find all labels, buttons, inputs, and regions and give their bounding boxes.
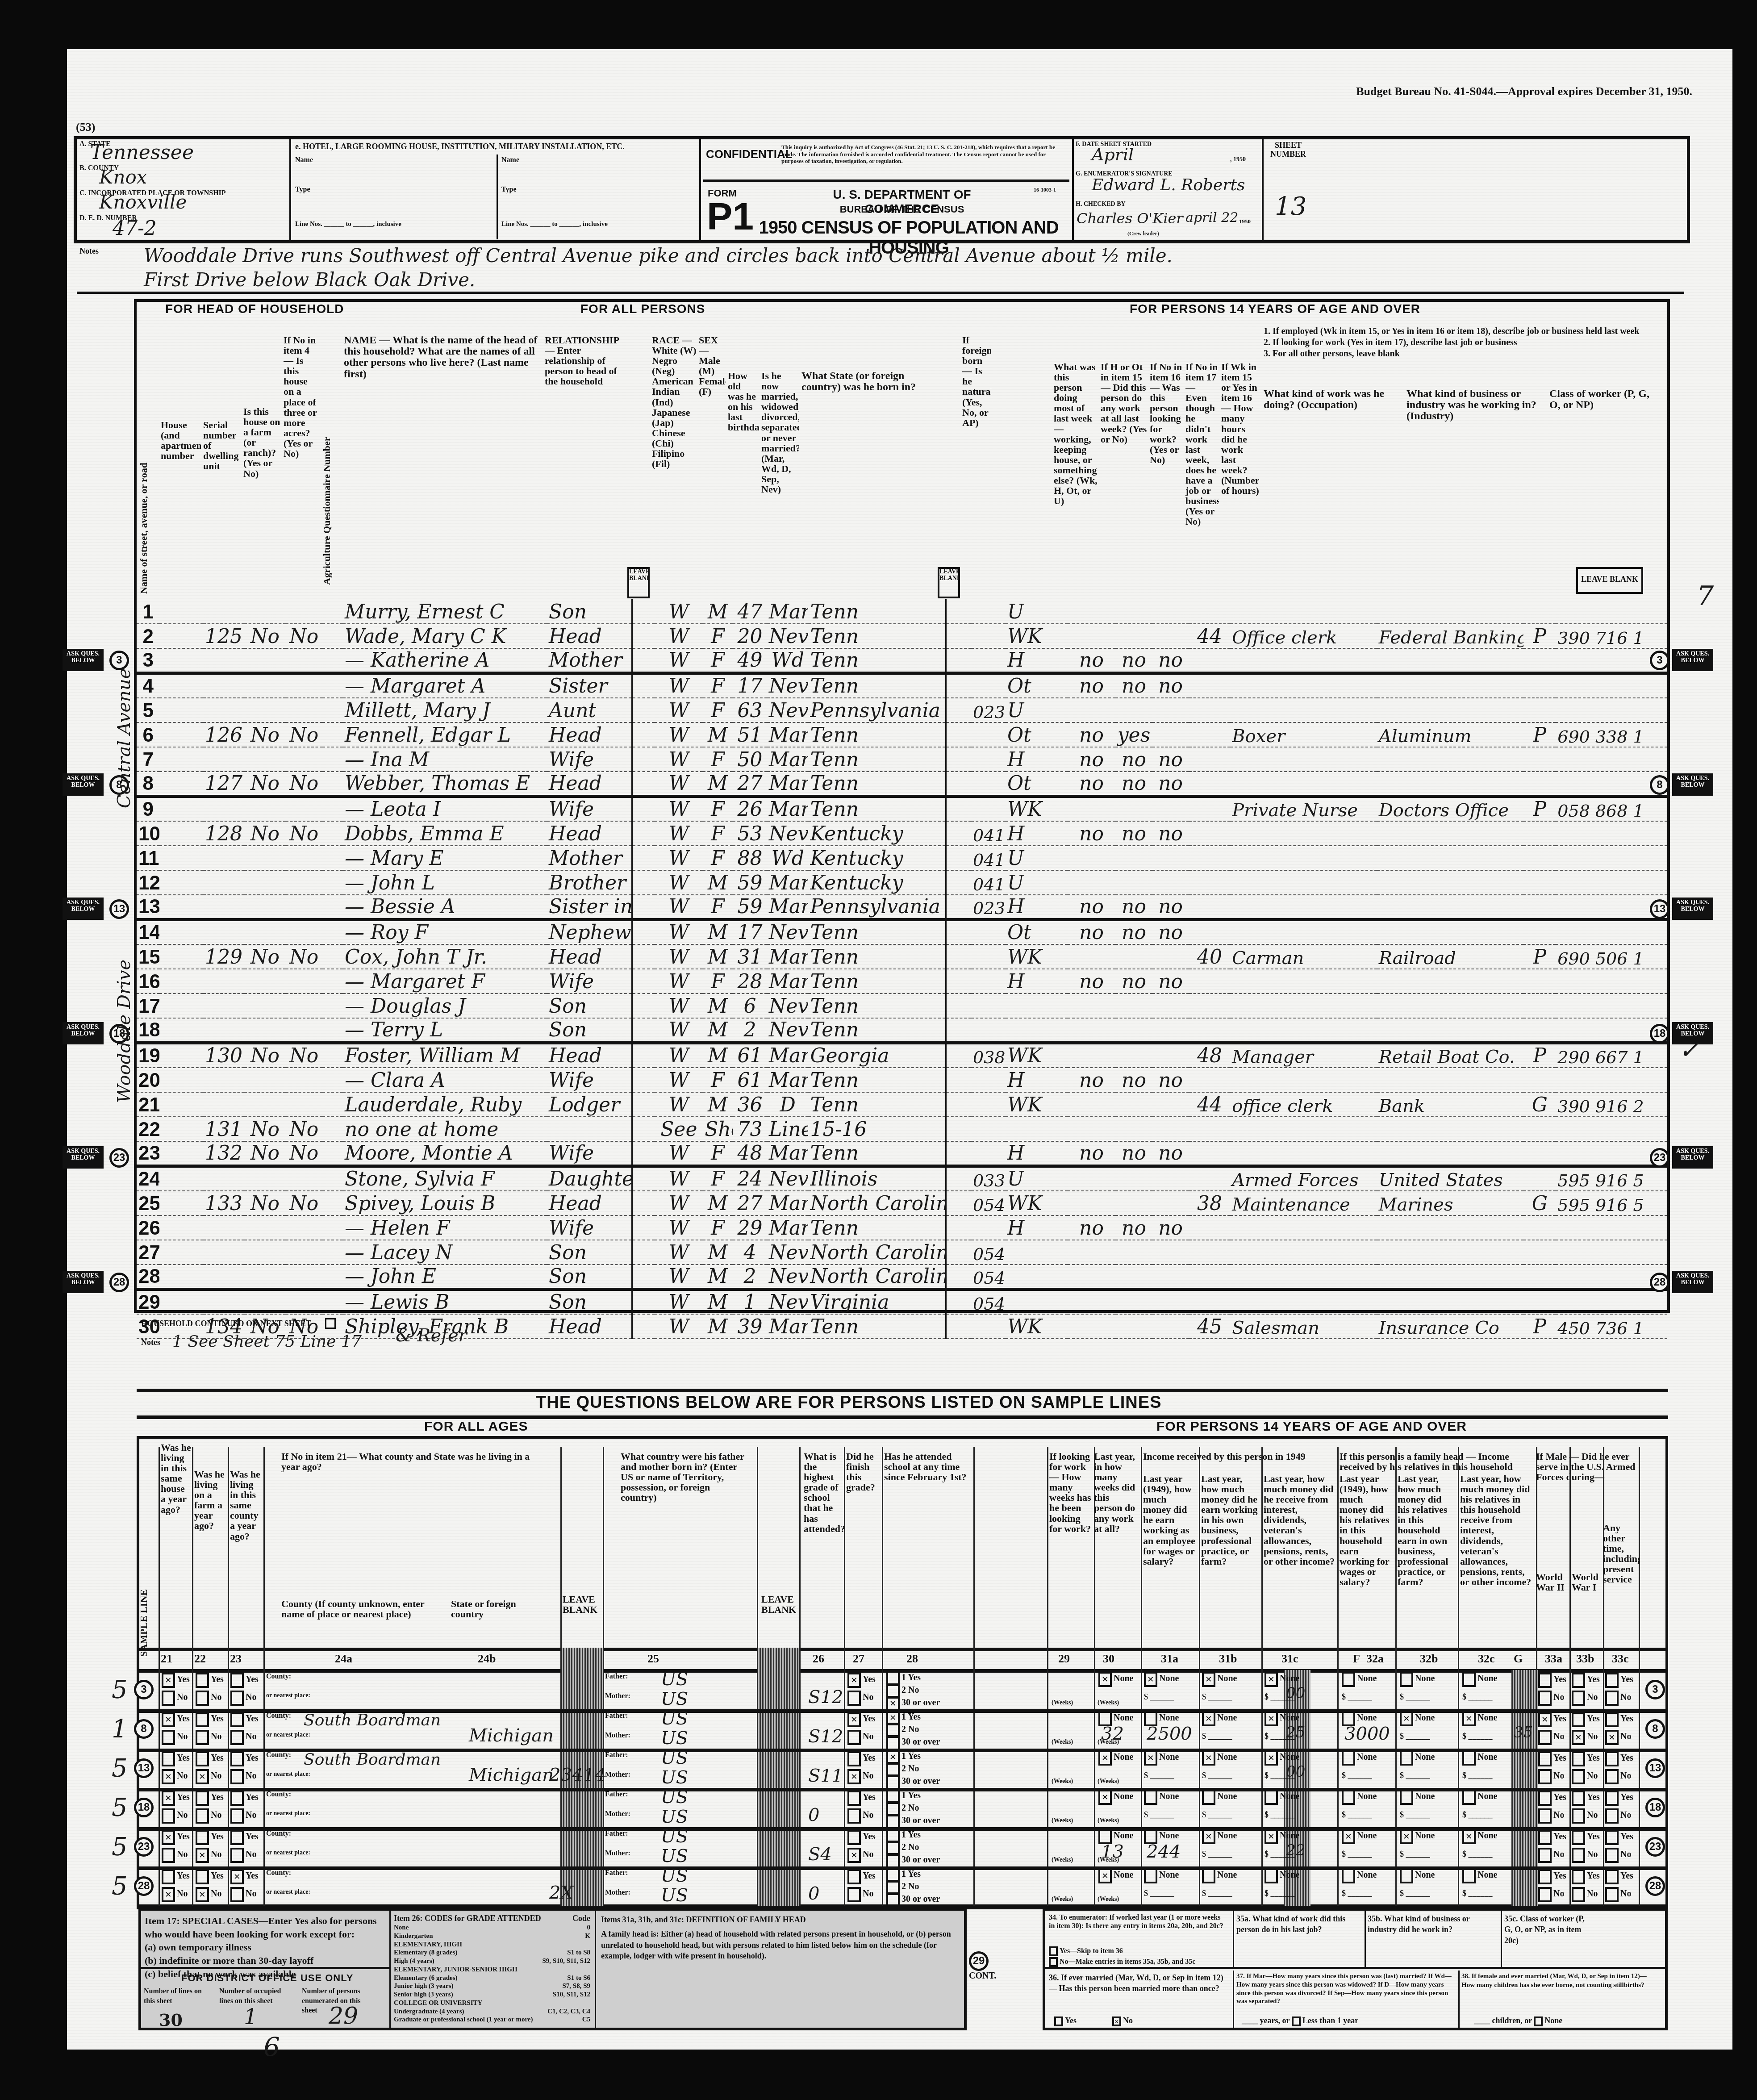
cell-farm: No — [244, 944, 285, 969]
q31b-none-checkbox[interactable]: ×None — [1202, 1711, 1237, 1726]
q34-yes[interactable]: Yes—Skip to item 36 — [1049, 1946, 1123, 1956]
q33b-yes-checkbox[interactable]: Yes — [1572, 1673, 1600, 1688]
q27-yes-checkbox[interactable]: ×Yes — [847, 1712, 876, 1727]
q36-no[interactable]: ×No — [1112, 2015, 1133, 2026]
cell-acres: No — [286, 722, 322, 747]
cell-code — [1556, 1068, 1667, 1092]
q21-yes-checkbox[interactable]: ×Yes — [162, 1712, 190, 1727]
q32b-none-checkbox[interactable]: None — [1400, 1790, 1435, 1805]
cell-class — [1523, 1166, 1556, 1191]
col-header-20a: What kind of work was he doing? (Occupat… — [1264, 388, 1398, 585]
q31b-none-checkbox[interactable]: None — [1202, 1868, 1237, 1883]
q23-no-checkbox[interactable]: No — [230, 1769, 256, 1784]
q32b-none-checkbox[interactable]: ×None — [1400, 1711, 1435, 1726]
q33c-no-checkbox[interactable]: No — [1605, 1691, 1631, 1706]
cell-work — [1068, 1191, 1116, 1215]
q28-over30-checkbox[interactable]: 30 or over — [886, 1814, 940, 1829]
sample-col-number: 22 — [194, 1652, 206, 1666]
q31b-none-checkbox[interactable]: None — [1202, 1790, 1237, 1805]
q22-no-checkbox[interactable]: No — [196, 1808, 221, 1824]
cell-name: Fennell, Edgar L — [343, 722, 547, 747]
q33c-no-checkbox[interactable]: ×No — [1605, 1730, 1631, 1745]
q33c-yes-checkbox[interactable]: Yes — [1605, 1791, 1633, 1806]
q23-yes-checkbox[interactable]: ×Yes — [230, 1869, 259, 1884]
q21-yes-checkbox[interactable]: Yes — [162, 1869, 190, 1884]
q32b-none-checkbox[interactable]: ×None — [1400, 1829, 1435, 1844]
q22-yes-checkbox[interactable]: Yes — [196, 1712, 224, 1727]
cell-occupation: Maintenance — [1230, 1191, 1377, 1215]
q22-yes-checkbox[interactable]: Yes — [196, 1869, 224, 1884]
q23-no-checkbox[interactable]: No — [230, 1848, 256, 1863]
q21-yes-checkbox[interactable]: Yes — [162, 1751, 190, 1766]
q32a-dollar: $ ______ — [1342, 1771, 1372, 1780]
q21-no-checkbox[interactable]: No — [162, 1691, 188, 1706]
q22-no-checkbox[interactable]: ×No — [196, 1887, 221, 1902]
cell-marital: Mar — [767, 599, 808, 624]
cell-acres: No — [286, 624, 322, 648]
q21-yes-checkbox[interactable]: ×Yes — [162, 1673, 190, 1688]
cell-birthplace: 15-16 — [808, 1117, 946, 1141]
q27-yes-checkbox[interactable]: Yes — [847, 1869, 876, 1884]
grade-code-row: None0 — [394, 1924, 590, 1932]
cell-industry — [1377, 920, 1524, 945]
cell-class: P — [1523, 1043, 1556, 1068]
cell-race: W — [655, 772, 703, 797]
q33b-yes-checkbox[interactable]: Yes — [1572, 1751, 1600, 1766]
cell-code — [1556, 994, 1667, 1018]
margin-mark-7: 7 — [1697, 580, 1714, 612]
cell-activity: U — [1006, 1166, 1068, 1191]
q33c-yes-checkbox[interactable]: Yes — [1605, 1869, 1633, 1884]
cell-job — [1152, 1117, 1189, 1141]
q23-yes-checkbox[interactable]: Yes — [230, 1712, 259, 1727]
table-row: 24Stone, Sylvia FDaughterWF24NevIllinois… — [137, 1166, 1667, 1191]
cell-birthplace: Tenn — [808, 599, 946, 624]
q23-yes-checkbox[interactable]: Yes — [230, 1751, 259, 1766]
q33b-yes-checkbox[interactable]: Yes — [1572, 1869, 1600, 1884]
leave-blank-cell — [632, 1240, 655, 1265]
q22-no-checkbox[interactable]: ×No — [196, 1848, 221, 1863]
q33a-no-checkbox[interactable]: No — [1538, 1808, 1564, 1824]
leave-blank-cell — [946, 1043, 971, 1068]
col-header-6: Agriculture Questionnaire Number — [321, 362, 339, 585]
cell-occupation — [1230, 747, 1377, 772]
q21-no-checkbox[interactable]: ×No — [162, 1769, 188, 1784]
cell-name: — Douglas J — [343, 994, 547, 1018]
leave-blank-cell — [322, 624, 343, 648]
cell-industry — [1377, 772, 1524, 797]
line-number: 27 — [137, 1240, 159, 1265]
q22-no-checkbox[interactable]: No — [196, 1691, 221, 1706]
cell-house — [159, 1290, 203, 1315]
cell-rel: Wife — [547, 969, 632, 994]
q23-yes-checkbox[interactable]: Yes — [230, 1791, 259, 1806]
q31b-none-checkbox[interactable]: ×None — [1202, 1829, 1237, 1844]
q23-no-checkbox[interactable]: No — [230, 1691, 256, 1706]
cell-rel: Wife — [547, 1141, 632, 1166]
cell-farm — [244, 1290, 285, 1315]
cell-birthplace: Kentucky — [808, 870, 946, 895]
q22-yes-checkbox[interactable]: Yes — [196, 1791, 224, 1806]
cell-work — [1068, 1265, 1116, 1290]
cell-hours — [1189, 1240, 1230, 1265]
cell-nat: 041 — [971, 846, 1006, 870]
q28-over30-checkbox[interactable]: 30 or over — [886, 1853, 940, 1868]
q32a-none-checkbox[interactable]: None — [1342, 1672, 1377, 1687]
cell-age: 59 — [733, 895, 767, 920]
institution-type-label: Type — [295, 186, 310, 194]
table-row: 16— Margaret FWifeWF28MarTennHnonono — [137, 969, 1667, 994]
sample-line-circle: 28 — [1645, 1876, 1665, 1896]
grade-code-row: Graduate or professional school (1 year … — [394, 2016, 590, 2024]
cell-industry — [1377, 895, 1524, 920]
q27-no-checkbox[interactable]: No — [847, 1691, 873, 1706]
q33a-yes-checkbox[interactable]: Yes — [1538, 1830, 1566, 1845]
q21-yes-checkbox[interactable]: ×Yes — [162, 1791, 190, 1806]
cell-hours: 44 — [1189, 1092, 1230, 1117]
cell-marital: Mar — [767, 1141, 808, 1166]
leave-blank-cell — [322, 698, 343, 722]
cell-age: 53 — [733, 821, 767, 846]
cell-rel — [547, 1117, 632, 1141]
leave-blank-cell — [322, 1290, 343, 1315]
q27-no-checkbox[interactable]: ×No — [847, 1848, 873, 1863]
q33c-yes-checkbox[interactable]: Yes — [1605, 1673, 1633, 1688]
cell-job — [1152, 1290, 1189, 1315]
cell-acres: No — [286, 1043, 322, 1068]
q30-none-checkbox[interactable]: ×None — [1098, 1750, 1133, 1766]
cell-industry — [1377, 1290, 1524, 1315]
q32c-none-checkbox[interactable]: None — [1462, 1672, 1497, 1687]
col-header-b: LEAVE BLANK — [938, 567, 960, 598]
cell-work — [1068, 1166, 1116, 1191]
grade-code-row: COLLEGE OR UNIVERSITY — [394, 1999, 590, 2008]
cell-farm — [244, 797, 285, 822]
cell-name: — Mary E — [343, 846, 547, 870]
q33c-no-checkbox[interactable]: No — [1605, 1808, 1631, 1824]
supplementary-questions: 34. To enumerator: If worked last year (… — [1043, 1908, 1668, 2030]
cell-age: 6 — [733, 994, 767, 1018]
cell-acres — [286, 797, 322, 822]
q30-none-checkbox[interactable]: ×None — [1098, 1790, 1133, 1805]
q31b-none-checkbox[interactable]: ×None — [1202, 1750, 1237, 1766]
leave-blank-cell — [946, 1191, 971, 1215]
cell-hours: 40 — [1189, 944, 1230, 969]
q33c-yes-checkbox[interactable]: Yes — [1605, 1751, 1633, 1766]
cell-nat: 054 — [971, 1265, 1006, 1290]
q23-no-checkbox[interactable]: No — [230, 1730, 256, 1745]
cell-house — [159, 648, 203, 673]
sample-col-number: 33b — [1576, 1652, 1594, 1666]
cell-house — [159, 1117, 203, 1141]
leave-blank-cell — [632, 1166, 655, 1191]
q33c-no-checkbox[interactable]: No — [1605, 1769, 1631, 1784]
cell-name: — Helen F — [343, 1215, 547, 1240]
q27-yes-checkbox[interactable]: ×Yes — [847, 1673, 876, 1688]
cell-class — [1523, 1215, 1556, 1240]
q32c-dollar: $ ______ — [1462, 1810, 1493, 1820]
cell-sex: M — [703, 1043, 733, 1068]
q31a-none-checkbox[interactable]: None — [1144, 1790, 1179, 1805]
cell-name: Cox, John T Jr. — [343, 944, 547, 969]
q28-over30-checkbox[interactable]: 30 or over — [886, 1774, 940, 1790]
q27-no-checkbox[interactable]: ×No — [847, 1769, 873, 1784]
q21-no-checkbox[interactable]: No — [162, 1730, 188, 1745]
q21-no-checkbox[interactable]: No — [162, 1848, 188, 1863]
q33b-yes-checkbox[interactable]: Yes — [1572, 1712, 1600, 1727]
cell-work — [1068, 1240, 1116, 1265]
weeks-label: (Weeks) — [1052, 1739, 1073, 1746]
leave-blank-cell — [946, 870, 971, 895]
q33a-yes-checkbox[interactable]: Yes — [1538, 1751, 1566, 1766]
q33c-no-checkbox[interactable]: No — [1605, 1887, 1631, 1902]
q32b-dollar: $ ______ — [1400, 1889, 1430, 1898]
cell-name: — Clara A — [343, 1068, 547, 1092]
q32c-none-checkbox[interactable]: None — [1462, 1868, 1497, 1883]
q23-no-checkbox[interactable]: No — [230, 1808, 256, 1824]
cell-industry — [1377, 599, 1524, 624]
q32c-dollar: $ ______ — [1462, 1850, 1493, 1859]
q33a-no-checkbox[interactable]: No — [1538, 1730, 1564, 1745]
line-number: 1 — [137, 599, 159, 624]
leave-blank-cell — [632, 944, 655, 969]
q32c-none-checkbox[interactable]: ×None — [1462, 1829, 1497, 1844]
q27-no-checkbox[interactable]: No — [847, 1730, 873, 1745]
q31a-none-checkbox[interactable]: ×None — [1144, 1672, 1179, 1687]
q33b-no-checkbox[interactable]: No — [1572, 1769, 1598, 1784]
q38-answer[interactable]: ____ children, or None — [1474, 2015, 1562, 2026]
cell-nat: 023 — [971, 895, 1006, 920]
q32a-none-checkbox[interactable]: None — [1342, 1868, 1377, 1883]
cell-occupation — [1230, 920, 1377, 945]
cell-serial: 132 — [203, 1141, 244, 1166]
q21-no-checkbox[interactable]: ×No — [162, 1887, 188, 1902]
cell-farm — [244, 1068, 285, 1092]
cell-birthplace: North Carolina — [808, 1240, 946, 1265]
enumerator-signature: Edward L. Roberts — [1092, 176, 1245, 194]
cell-work: no — [1068, 673, 1116, 698]
q32b-none-checkbox[interactable]: None — [1400, 1750, 1435, 1766]
q27-yes-checkbox[interactable]: Yes — [847, 1791, 876, 1806]
q23-no-checkbox[interactable]: No — [230, 1887, 256, 1902]
q31a-none-checkbox[interactable]: ×None — [1144, 1750, 1179, 1766]
q34-no[interactable]: No—Make entries in items 35a, 35b, and 3… — [1049, 1957, 1195, 1967]
cell-rel: Lodger — [547, 1092, 632, 1117]
cell-serial: 130 — [203, 1043, 244, 1068]
q31c-none-checkbox[interactable]: None — [1265, 1868, 1299, 1883]
cell-acres — [286, 1092, 322, 1117]
line-number: 22 — [137, 1117, 159, 1141]
form-code: 16-1003-1 — [1034, 187, 1056, 193]
cell-hours — [1189, 920, 1230, 945]
q22-yes-checkbox[interactable]: Yes — [196, 1751, 224, 1766]
q30-none-checkbox[interactable]: ×None — [1098, 1672, 1133, 1687]
cell-farm — [244, 870, 285, 895]
cell-job: no — [1152, 747, 1189, 772]
q31c-none-checkbox[interactable]: None — [1265, 1790, 1299, 1805]
q36-text: 36. If ever married (Mar, Wd, D, or Sep … — [1049, 1972, 1227, 1994]
q33c-no-checkbox[interactable]: No — [1605, 1848, 1631, 1863]
checked-by-label: h. CHECKED BY — [1076, 201, 1126, 208]
q27-no-checkbox[interactable]: No — [847, 1808, 873, 1824]
cell-nat — [971, 673, 1006, 698]
q23-yes-checkbox[interactable]: Yes — [230, 1673, 259, 1688]
q33a-no-checkbox[interactable]: No — [1538, 1769, 1564, 1784]
q21-no-checkbox[interactable]: No — [162, 1808, 188, 1824]
q33b-no-checkbox[interactable]: No — [1572, 1887, 1598, 1902]
household-continued-checkbox[interactable] — [325, 1318, 336, 1329]
grade-code-row: Elementary (8 grades)S1 to S8 — [394, 1949, 590, 1957]
q32a-none-checkbox[interactable]: ×None — [1342, 1829, 1377, 1844]
cell-sex: M — [703, 870, 733, 895]
q32b-none-checkbox[interactable]: None — [1400, 1868, 1435, 1883]
cell-nat — [971, 1117, 1006, 1141]
sample-line-tag: ASK QUES. BELOW — [63, 898, 104, 920]
q31b-none-checkbox[interactable]: ×None — [1202, 1672, 1237, 1687]
cell-class: P — [1523, 722, 1556, 747]
q33b-no-checkbox[interactable]: No — [1572, 1848, 1598, 1863]
cell-nat: 054 — [971, 1290, 1006, 1315]
q32c-none-checkbox[interactable]: None — [1462, 1750, 1497, 1766]
q32a-none-checkbox[interactable]: None — [1342, 1790, 1377, 1805]
q22-yes-checkbox[interactable]: Yes — [196, 1830, 224, 1845]
cell-sex: F — [703, 698, 733, 722]
household-continued-label: HOUSEHOLD CONTINUED ON NEXT SHEET — [141, 1319, 311, 1328]
leave-blank-cell — [322, 722, 343, 747]
q30-none-checkbox[interactable]: ×None — [1098, 1868, 1133, 1883]
leave-blank-cell — [946, 747, 971, 772]
cell-sex: F — [703, 1141, 733, 1166]
institution-label: e. HOTEL, LARGE ROOMING HOUSE, INSTITUTI… — [295, 142, 625, 151]
q33a-no-checkbox[interactable]: No — [1538, 1691, 1564, 1706]
cell-looking: no — [1115, 920, 1152, 945]
cell-birthplace: Tenn — [808, 1018, 946, 1043]
cell-class — [1523, 870, 1556, 895]
cell-farm — [244, 1240, 285, 1265]
cell-activity: H — [1006, 895, 1068, 920]
nearest-place-label: or nearest place: — [266, 1771, 310, 1778]
q22-no-checkbox[interactable]: No — [196, 1730, 221, 1745]
line-nos-label: Line Nos. ______ to ______, inclusive — [295, 221, 401, 228]
cell-looking — [1115, 994, 1152, 1018]
q31a-none-checkbox[interactable]: None — [1144, 1868, 1179, 1883]
cell-class — [1523, 1018, 1556, 1043]
weeks-label: (Weeks) — [1052, 1778, 1073, 1785]
q28-over30-checkbox[interactable]: 30 or over — [886, 1892, 940, 1908]
cell-activity — [1006, 1117, 1068, 1141]
q30-value: 32 — [1101, 1724, 1124, 1744]
cell-age: 27 — [733, 1191, 767, 1215]
cell-house — [159, 821, 203, 846]
table-row: 21Lauderdale, RubyLodgerWM36DTennWK44off… — [137, 1092, 1667, 1117]
cell-industry: Aluminum — [1377, 722, 1524, 747]
q33c-yes-checkbox[interactable]: Yes — [1605, 1830, 1633, 1845]
q33b-yes-checkbox[interactable]: Yes — [1572, 1830, 1600, 1845]
q33b-no-checkbox[interactable]: ×No — [1572, 1730, 1598, 1745]
q21-yes-checkbox[interactable]: ×Yes — [162, 1830, 190, 1845]
q36-yes[interactable]: Yes — [1054, 2015, 1077, 2026]
q28-over30-checkbox[interactable]: ×30 or over — [886, 1696, 940, 1711]
q33c-yes-checkbox[interactable]: Yes — [1605, 1712, 1633, 1727]
line-number: 19 — [137, 1043, 159, 1068]
section-all-persons: FOR ALL PERSONS — [580, 302, 705, 316]
q33a-no-checkbox[interactable]: No — [1538, 1887, 1564, 1902]
cell-class: G — [1523, 1092, 1556, 1117]
cell-activity: H — [1006, 747, 1068, 772]
cell-job — [1152, 1092, 1189, 1117]
leave-blank-cell — [632, 1068, 655, 1092]
q27-yes-checkbox[interactable]: Yes — [847, 1830, 876, 1845]
cell-job: no — [1152, 1215, 1189, 1240]
line-number: 18 — [137, 1018, 159, 1043]
leave-blank-cell — [322, 599, 343, 624]
cell-marital: Nev — [767, 1290, 808, 1315]
q33b-no-checkbox[interactable]: No — [1572, 1808, 1598, 1824]
cell-age: 73 — [733, 1117, 767, 1141]
cell-birthplace: Tenn — [808, 673, 946, 698]
q28-over30-checkbox[interactable]: 30 or over — [886, 1735, 940, 1750]
section-head-of-household: FOR HEAD OF HOUSEHOLD — [165, 302, 344, 316]
cell-race: W — [655, 722, 703, 747]
cell-looking — [1115, 599, 1152, 624]
q33a-yes-checkbox[interactable]: Yes — [1538, 1791, 1566, 1806]
q37-answer[interactable]: ____ years, or Less than 1 year — [1242, 2015, 1358, 2026]
cell-looking — [1115, 846, 1152, 870]
q31b-dollar: $ ______ — [1202, 1732, 1232, 1741]
father-birthplace: US — [661, 1708, 688, 1729]
q32b-none-checkbox[interactable]: None — [1400, 1672, 1435, 1687]
sample-header-7: LEAVE BLANK — [563, 1594, 603, 1630]
sample-col-number: 32c — [1478, 1652, 1495, 1666]
q23-yes-checkbox[interactable]: Yes — [230, 1830, 259, 1845]
cell-serial — [203, 1240, 244, 1265]
cell-acres — [286, 599, 322, 624]
q32a-none-checkbox[interactable]: None — [1342, 1750, 1377, 1766]
q27-no-checkbox[interactable]: No — [847, 1887, 873, 1902]
cell-sex: M — [703, 1265, 733, 1290]
q33a-yes-checkbox[interactable]: Yes — [1538, 1673, 1566, 1688]
cell-nat — [971, 772, 1006, 797]
cell-serial — [203, 870, 244, 895]
cell-farm — [244, 648, 285, 673]
cell-name: — John E — [343, 1265, 547, 1290]
father-birthplace: US — [661, 1748, 688, 1768]
cell-rel: Son — [547, 1290, 632, 1315]
cell-job: no — [1152, 920, 1189, 945]
leave-blank-cell — [946, 797, 971, 822]
q22-yes-checkbox[interactable]: Yes — [196, 1673, 224, 1688]
cell-age: 17 — [733, 920, 767, 945]
q33a-yes-checkbox[interactable]: Yes — [1538, 1869, 1566, 1884]
cell-job — [1152, 1240, 1189, 1265]
cell-industry: Railroad — [1377, 944, 1524, 969]
cell-nat — [971, 1215, 1006, 1240]
cell-hours: 48 — [1189, 1043, 1230, 1068]
q33a-yes-checkbox[interactable]: ×Yes — [1538, 1712, 1566, 1727]
q33b-no-checkbox[interactable]: No — [1572, 1691, 1598, 1706]
q33a-no-checkbox[interactable]: No — [1538, 1848, 1564, 1863]
cell-house — [159, 1265, 203, 1290]
q32c-none-checkbox[interactable]: None — [1462, 1790, 1497, 1805]
budget-notice: Budget Bureau No. 41-S044.—Approval expi… — [1356, 85, 1692, 98]
q33b-yes-checkbox[interactable]: Yes — [1572, 1791, 1600, 1806]
cell-farm: No — [244, 1043, 285, 1068]
q22-no-checkbox[interactable]: ×No — [196, 1769, 221, 1784]
q27-yes-checkbox[interactable]: Yes — [847, 1751, 876, 1766]
cell-industry — [1377, 1141, 1524, 1166]
mother-birthplace: US — [661, 1728, 688, 1749]
q32c-none-checkbox[interactable]: ×None — [1462, 1711, 1497, 1726]
